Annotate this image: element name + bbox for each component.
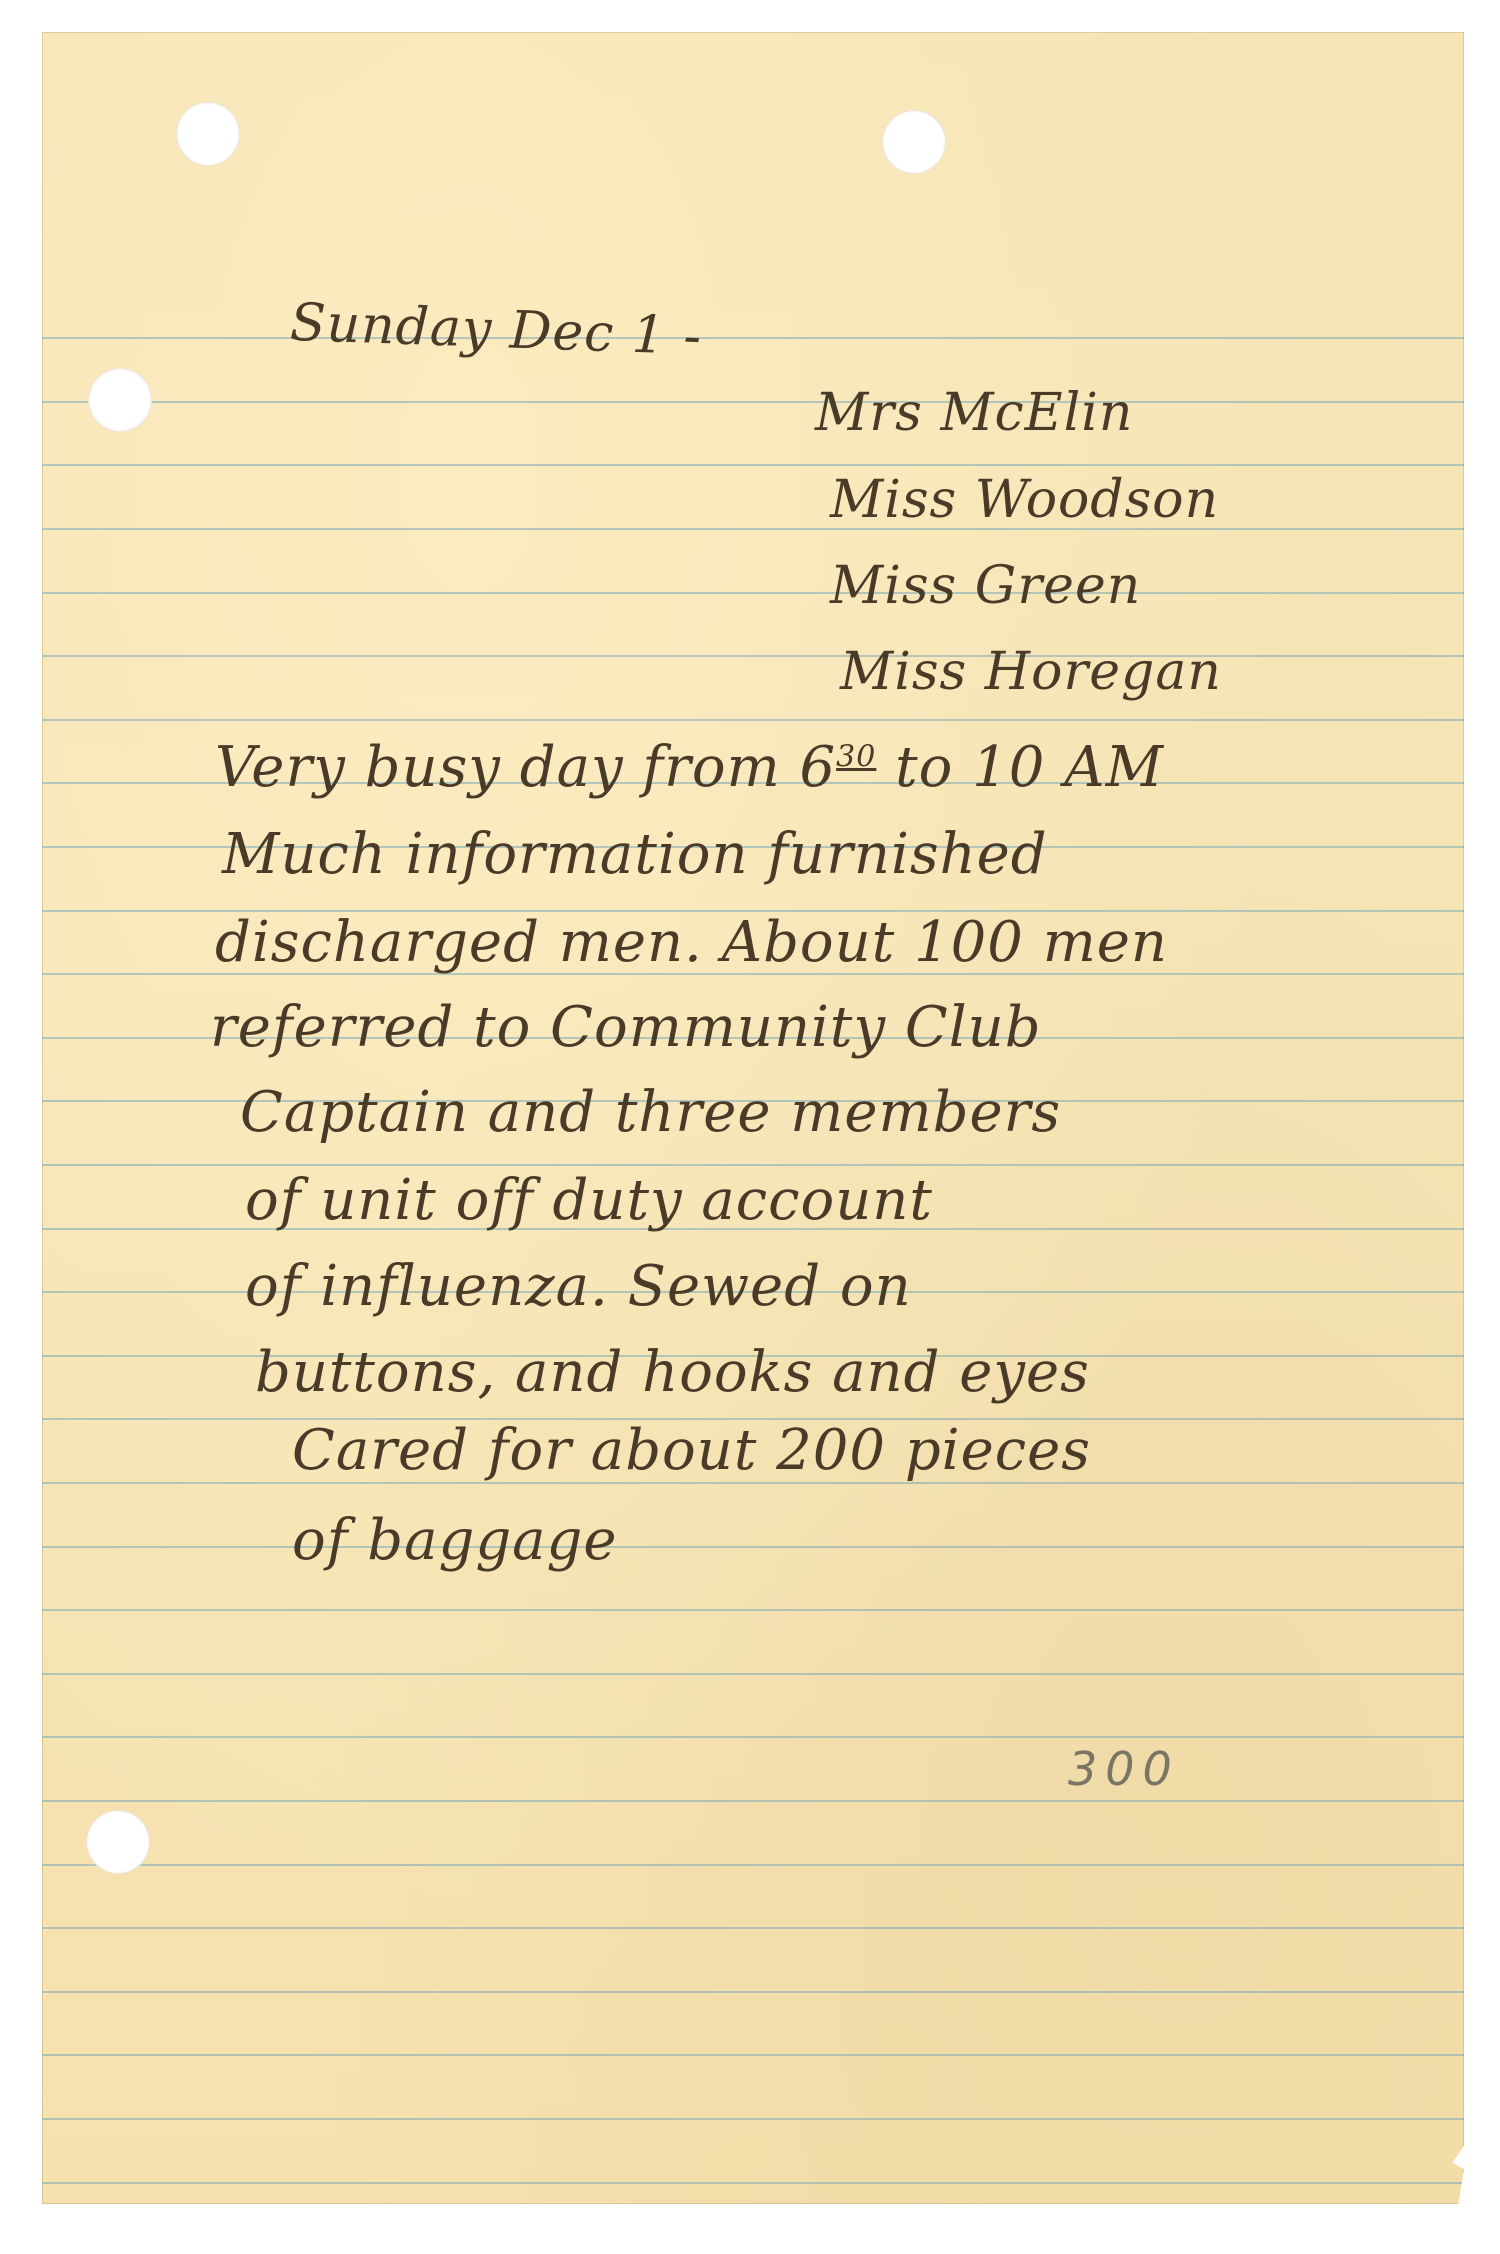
punch-hole-top-left	[176, 102, 240, 166]
ruled-line	[42, 1800, 1464, 1802]
ruled-line	[42, 655, 1464, 657]
ruled-line	[42, 1546, 1464, 1548]
ruled-line	[42, 719, 1464, 721]
entry-line: Much information furnished	[222, 822, 1048, 887]
punch-hole-top-center	[882, 110, 946, 174]
entry-line: Cared for about 200 pieces	[292, 1418, 1091, 1483]
ruled-line	[42, 337, 1464, 339]
entry-line: Very busy day from 630 to 10 AM	[215, 735, 1164, 800]
entry-line: of unit off duty account	[245, 1168, 933, 1233]
ruled-line	[42, 592, 1464, 594]
time-superscript: 30	[836, 739, 876, 774]
ruled-line	[42, 1164, 1464, 1166]
ruled-line	[42, 1991, 1464, 1993]
ruled-line	[42, 2182, 1464, 2184]
ruled-line	[42, 2054, 1464, 2056]
entry-line: Captain and three members	[240, 1080, 1061, 1145]
pencil-note: 300	[1068, 1742, 1180, 1796]
staff-name: Mrs McElin	[815, 383, 1133, 443]
entry-line: of influenza. Sewed on	[245, 1254, 912, 1319]
entry-text: to 10 AM	[876, 735, 1164, 800]
entry-line: discharged men. About 100 men	[215, 910, 1168, 975]
ruled-line	[42, 464, 1464, 466]
ruled-line	[42, 1927, 1464, 1929]
ruled-line	[42, 528, 1464, 530]
punch-hole-left-lower	[86, 1810, 150, 1874]
staff-name: Miss Horegan	[840, 642, 1222, 702]
entry-line: referred to Community Club	[210, 995, 1042, 1060]
staff-name: Miss Woodson	[830, 470, 1219, 530]
ruled-line	[42, 2118, 1464, 2120]
entry-line: buttons, and hooks and eyes	[255, 1340, 1090, 1405]
entry-text: Very busy day from 6	[215, 735, 836, 800]
ruled-line	[42, 1864, 1464, 1866]
ruled-line	[42, 1673, 1464, 1675]
ruled-line	[42, 401, 1464, 403]
staff-name: Miss Green	[830, 556, 1141, 616]
ruled-line	[42, 1609, 1464, 1611]
punch-hole-left-upper	[88, 368, 152, 432]
entry-line: of baggage	[292, 1508, 618, 1573]
ruled-line	[42, 1736, 1464, 1738]
